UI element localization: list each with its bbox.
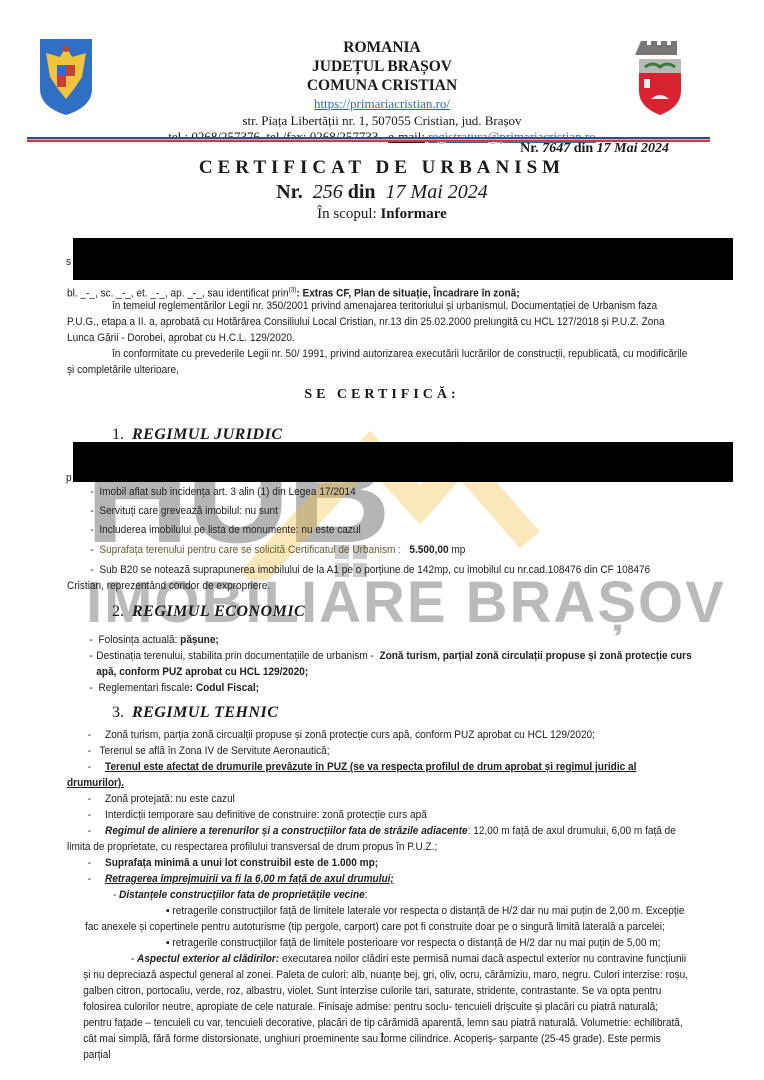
tehnic-item: - Terenul este afectat de drumurile prev… (67, 759, 688, 791)
header-county: JUDEȚUL BRAȘOV (0, 57, 764, 76)
tehnic-item: - Interdicții temporare sau definitive d… (67, 807, 709, 823)
header-address: str. Piața Libertății nr. 1, 507055 Cris… (0, 113, 764, 129)
tehnic-item: - Zonă protejată: nu este cazul (67, 791, 709, 807)
legal-basis: în temeiul reglementărilor Legii nr. 350… (67, 298, 688, 346)
juridic-item: - Imobil aflat sub incidența art. 3 alin… (67, 484, 711, 500)
certificate-number: Nr. 256 din 17 Mai 2024 (0, 181, 764, 204)
minimum-lot: - Suprafața minimă a unui lot construibi… (67, 855, 709, 871)
tehnic-item: - Terenul se află în Zona IV de Servitut… (67, 743, 709, 759)
fence-setback: - Retragerea împrejmuirii va fi la 6,00 … (67, 871, 709, 887)
alignment-regime: - Regimul de aliniere a terenurilor și a… (67, 823, 688, 855)
header-commune: COMUNA CRISTIAN (0, 76, 764, 95)
section-tehnic-heading: 3. REGIMUL TEHNIC (112, 704, 278, 722)
redacted-prefix: s (66, 254, 71, 270)
website-link[interactable]: https://primariacristian.ro/ (314, 96, 450, 111)
certificate-scope: În scopul: Informare (0, 206, 764, 223)
header-country: ROMANIA (0, 38, 764, 57)
fiscal-regulations: - Reglementari fiscale: Codul Fiscal; (67, 680, 711, 696)
juridic-item: - Includerea imobilului pe lista de monu… (67, 522, 711, 538)
section-economic-heading: 2. REGIMUL ECONOMIC (112, 603, 305, 621)
certificate-title: CERTIFICAT DE URBANISM (0, 157, 764, 179)
overlap-note: - Sub B20 se notează suprapunerea imobil… (67, 562, 688, 594)
tehnic-item: - Zonă turism, parția zonă circualții pr… (67, 727, 709, 743)
juridic-item: - Servituți care grevează imobilul: nu s… (67, 503, 711, 519)
redacted-block (73, 238, 733, 280)
page-number: 1 (0, 1030, 764, 1047)
redacted-block (73, 442, 733, 482)
land-destination: - Destinația terenului, stabilita prin d… (67, 648, 711, 680)
land-area: - Suprafața terenului pentru care se sol… (67, 542, 711, 558)
se-certifica-heading: SE CERTIFICĂ: (0, 387, 764, 403)
current-use: - Folosința actuală: pășune; (67, 632, 711, 648)
distances-heading: - Distanțele construcțiilor fata de prop… (67, 887, 734, 903)
lateral-setback: ▪ retragerile construcțiilor față de lim… (67, 903, 688, 935)
conformity-statement: în conformitate cu prevederile Legii nr.… (67, 346, 688, 378)
registration-number: Nr. 7647 din 17 Mai 2024 (520, 141, 669, 157)
posterior-setback: ▪ retragerile construcțiilor față de lim… (67, 935, 764, 951)
